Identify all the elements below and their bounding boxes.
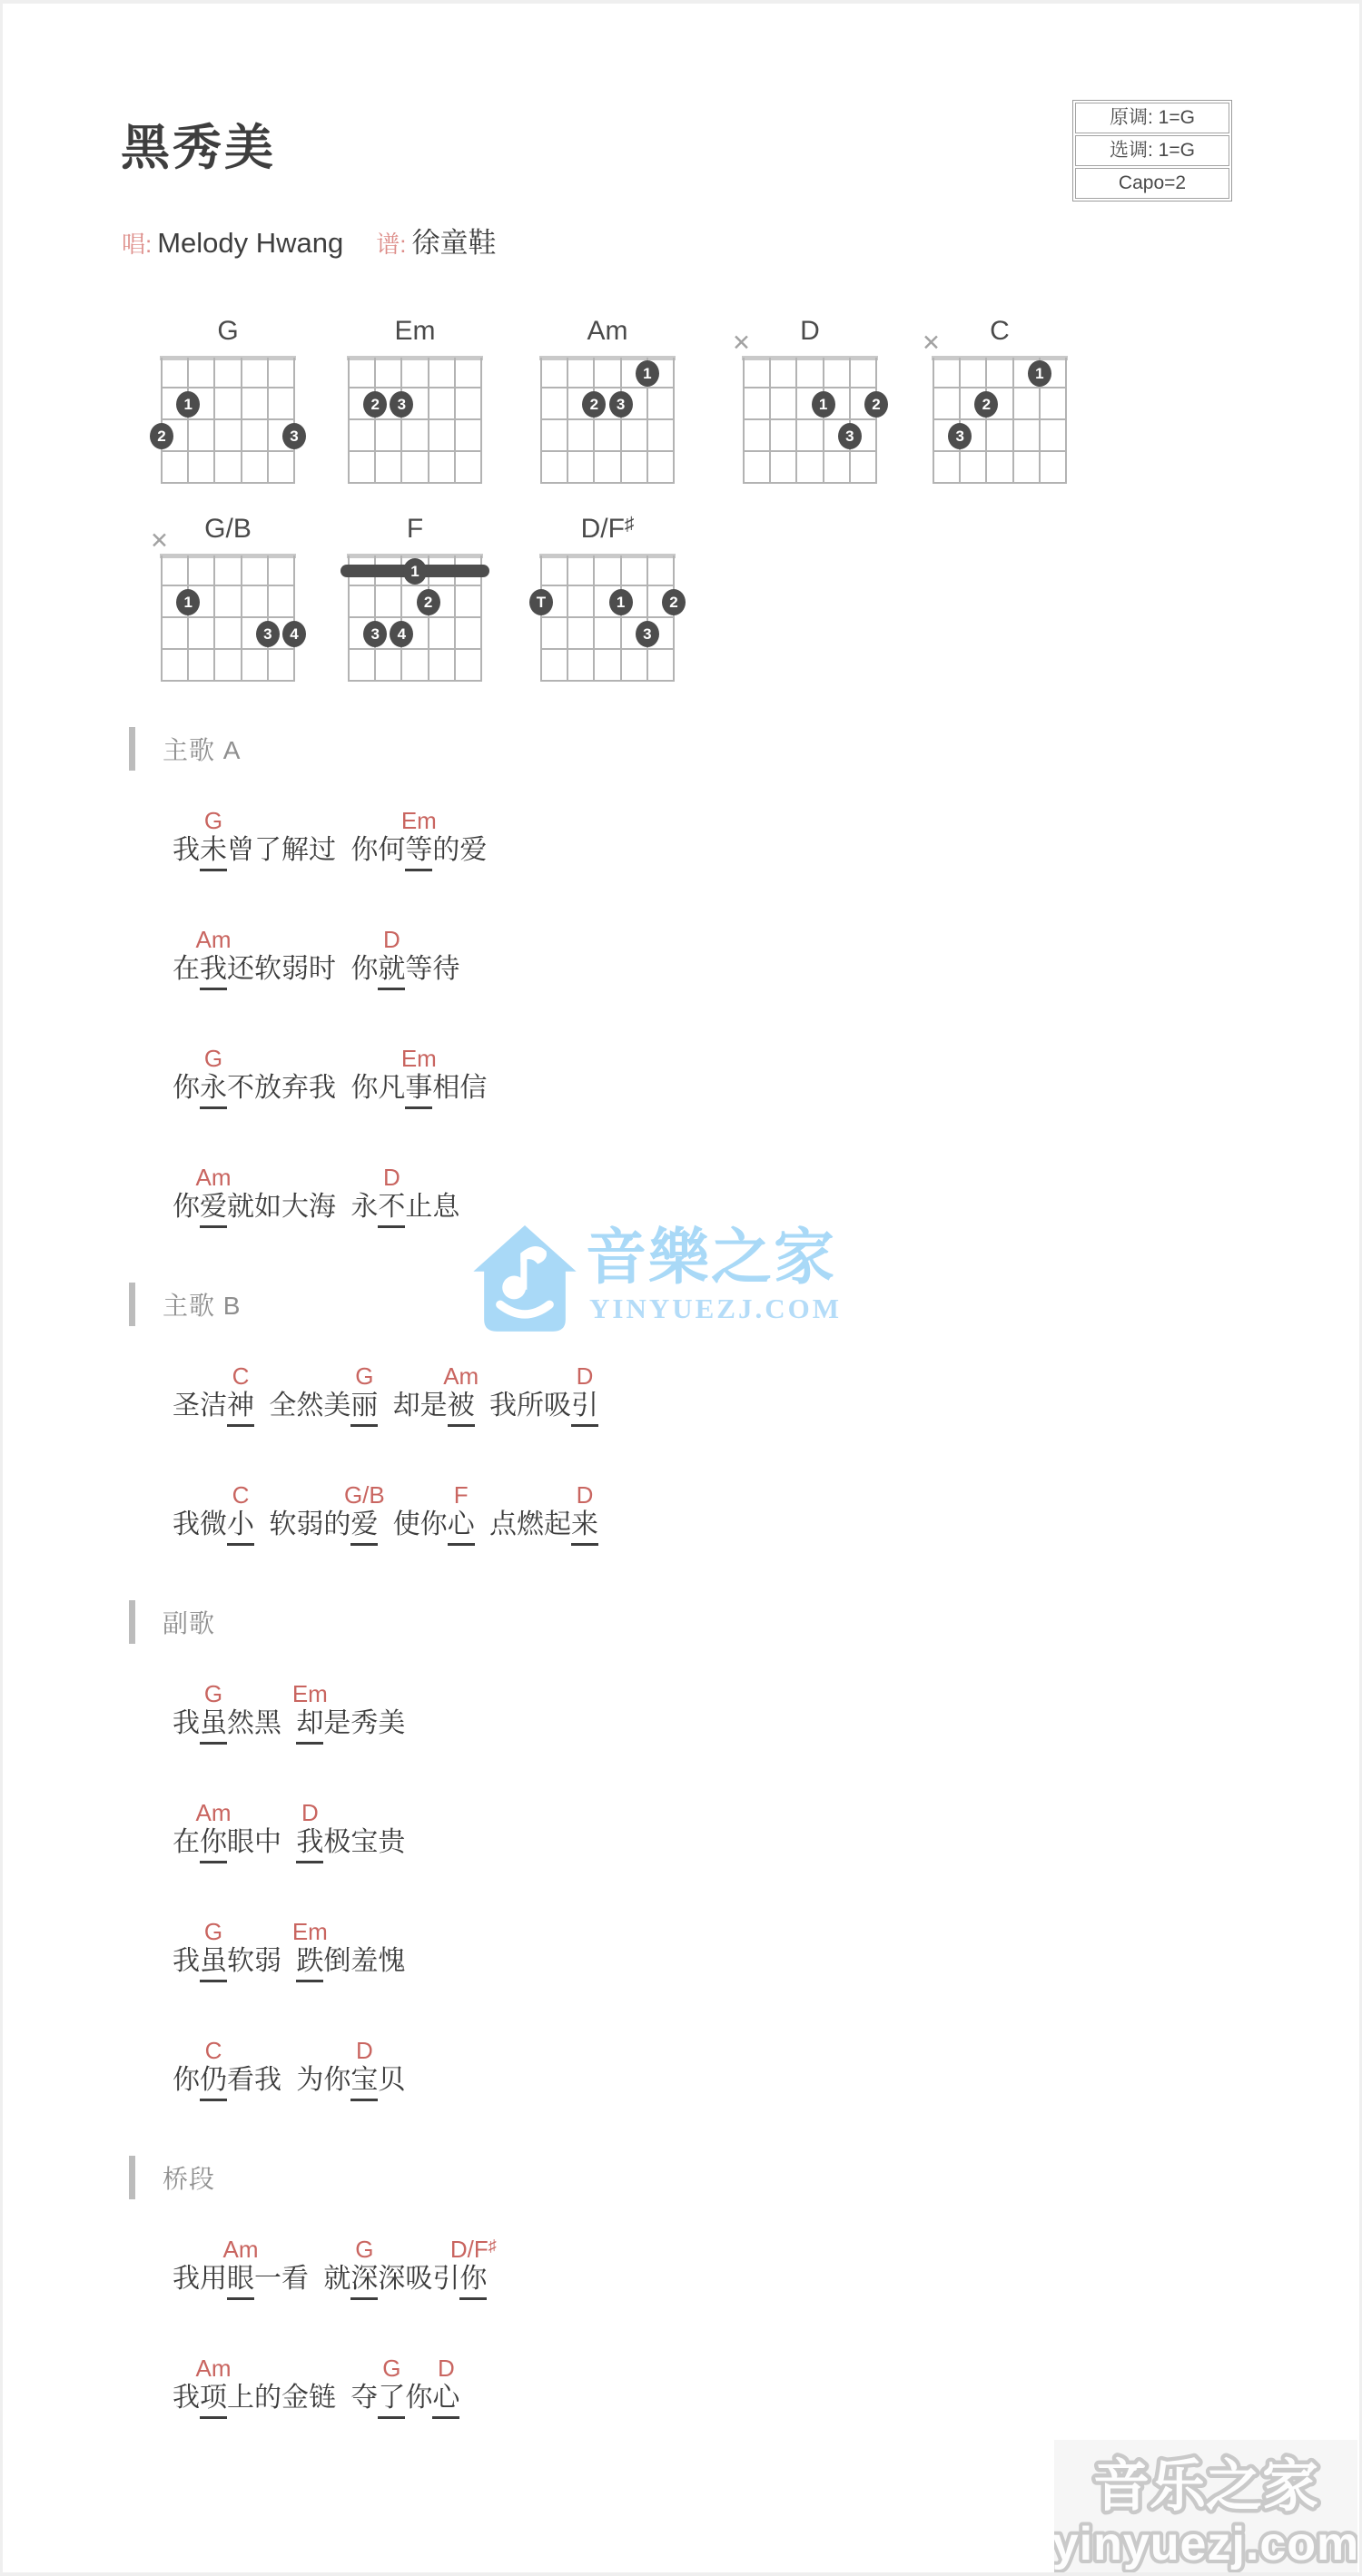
- finger-dot: 1: [176, 391, 200, 418]
- lyric-plain-text: 在: [173, 954, 200, 984]
- watermark-corner-domain: yinyuezj.com: [1054, 2518, 1357, 2571]
- string-line: [348, 358, 350, 484]
- chord-grid: 123: [161, 356, 295, 484]
- string-line: [673, 556, 675, 682]
- lyric-anchored-char: 眼Am: [227, 2263, 254, 2300]
- watermark-center-domain: YINYUEZJ.COM: [589, 1293, 842, 1325]
- mute-x-icon: ✕: [150, 530, 169, 553]
- lyric-anchored-char: 你D/F♯: [459, 2263, 487, 2300]
- lyric-chord-label: C: [232, 1483, 250, 1507]
- fret-line: [161, 387, 295, 388]
- section-heading: 主歌 A: [129, 727, 1273, 771]
- finger-dot: 3: [636, 621, 659, 647]
- chord-diagram-f: F1234: [348, 514, 482, 692]
- fret-line: [540, 616, 675, 618]
- finger-dot: 1: [176, 589, 200, 615]
- song-title: 黑秀美: [121, 109, 276, 179]
- lyric-line: 我项Am上的金链 夺了G你心D: [173, 2355, 1273, 2419]
- chord-name-label: F: [348, 514, 482, 545]
- lyric-plain-text: 等待: [405, 954, 459, 984]
- page-background: { "header": { "title": "黑秀美", "singer_la…: [0, 0, 1362, 2576]
- string-line: [646, 556, 648, 682]
- section-heading-label: 主歌 B: [163, 1286, 241, 1322]
- watermark-corner-graphic: 音乐之家 yinyuezj.com: [1054, 2440, 1357, 2572]
- lyric-line: 我虽G软弱 跌Em倒羞愧: [173, 1918, 1273, 1982]
- section-1: 主歌 A我未G曾了解过 你何等Em的爱在我Am还软弱时 你就D等待你永G不放弃我…: [129, 727, 1273, 1228]
- string-line: [540, 358, 542, 484]
- finger-dot: 2: [363, 391, 387, 418]
- lyric-plain-text: 我: [173, 835, 200, 865]
- key-info-row: 原调: 1=G: [1075, 103, 1229, 133]
- chord-diagram-c: C✕123: [933, 316, 1067, 494]
- chord-grid: 123: [540, 356, 675, 484]
- fret-line: [348, 616, 482, 618]
- credit-line: 唱:Melody Hwang谱:徐童鞋: [122, 220, 497, 261]
- lyric-line: 我虽G然黑 却Em是秀美: [173, 1680, 1273, 1745]
- lyric-plain-text: 不放弃我 你凡: [227, 1073, 405, 1103]
- string-line: [823, 358, 824, 484]
- string-line: [769, 358, 771, 484]
- lyric-chord-label: Am: [223, 2237, 259, 2261]
- lyric-line: 你仍C看我 为你宝D贝: [173, 2037, 1273, 2101]
- fret-line: [540, 585, 675, 586]
- string-line: [241, 556, 242, 682]
- string-line: [620, 556, 622, 682]
- fret-line: [348, 648, 482, 650]
- nut-line: [932, 356, 1068, 360]
- string-line: [567, 556, 568, 682]
- string-line: [567, 358, 568, 484]
- chord-diagram-row-2: G/B✕134F1234D/F♯T123: [161, 514, 675, 692]
- string-line: [933, 358, 934, 484]
- lyric-text: 我用眼Am一看 就深G深吸引你D/F♯: [173, 2263, 1273, 2300]
- lyric-chord-label: G: [204, 809, 222, 832]
- chord-diagram-df: D/F♯T123: [540, 514, 675, 692]
- lyric-plain-text: 眼中: [227, 1827, 296, 1857]
- lyric-plain-text: 相信: [432, 1073, 487, 1103]
- lyric-plain-text: 在: [173, 1827, 200, 1857]
- fret-line: [743, 450, 877, 452]
- lyric-chord-label: C: [205, 2039, 222, 2062]
- chord-grid: 1234: [348, 554, 482, 682]
- lyric-plain-text: 你: [405, 2383, 432, 2413]
- string-line: [593, 358, 595, 484]
- string-line: [400, 358, 402, 484]
- string-line: [849, 358, 851, 484]
- section-bar: [129, 2156, 135, 2199]
- lyric-plain-text: 你: [173, 1192, 200, 1222]
- nut-line: [347, 356, 483, 360]
- lyric-text: 你永G不放弃我 你凡事Em相信: [173, 1072, 1273, 1109]
- finger-dot: 3: [838, 423, 862, 449]
- nut-line: [160, 554, 296, 558]
- barre-finger-dot: 1: [403, 558, 427, 585]
- lyric-anchored-char: 你Am: [200, 1826, 227, 1863]
- lyric-plain-text: 一看 就: [254, 2264, 350, 2294]
- chord-diagram-gb: G/B✕134: [161, 514, 295, 692]
- string-line: [241, 358, 242, 484]
- lyric-chord-label: G: [355, 2237, 373, 2261]
- lyric-line: 你爱Am就如大海 永不D止息: [173, 1164, 1273, 1228]
- finger-dot: 2: [974, 391, 998, 418]
- lyric-anchored-char: 爱Am: [200, 1191, 227, 1228]
- lyric-anchored-char: 被Am: [448, 1390, 475, 1427]
- lyric-chord-label: G: [204, 1047, 222, 1070]
- lyric-chord-label: Em: [401, 1047, 437, 1070]
- lyric-plain-text: 然黑: [227, 1708, 296, 1738]
- lyric-chord-label: F: [454, 1483, 469, 1507]
- lyric-anchored-char: 跌Em: [296, 1945, 323, 1982]
- string-line: [620, 358, 622, 484]
- lyric-plain-text: 软弱: [227, 1946, 296, 1976]
- section-bar: [129, 727, 135, 771]
- lyric-chord-label: Am: [196, 1801, 232, 1824]
- finger-dot: 3: [363, 621, 387, 647]
- section-heading-label: 主歌 A: [163, 731, 241, 767]
- section-bar: [129, 1283, 135, 1326]
- lyric-chord-label: G: [204, 1920, 222, 1943]
- chord-name-label: Em: [348, 316, 482, 347]
- key-info-box: 原调: 1=G选调: 1=GCapo=2: [1072, 100, 1232, 202]
- fret-line: [161, 482, 295, 484]
- string-line: [480, 358, 482, 484]
- string-line: [959, 358, 961, 484]
- string-line: [293, 556, 295, 682]
- string-line: [743, 358, 745, 484]
- lyric-anchored-char: 未G: [200, 834, 227, 871]
- section-3: 副歌我虽G然黑 却Em是秀美在你Am眼中 我D极宝贵我虽G软弱 跌Em倒羞愧你仍…: [129, 1600, 1273, 2101]
- section-heading-label: 桥段: [163, 2159, 215, 2196]
- lyric-chord-label: Em: [292, 1682, 328, 1706]
- lyric-anchored-char: 却Em: [296, 1707, 323, 1745]
- finger-dot: 3: [282, 423, 306, 449]
- lyric-chord-label: Em: [401, 809, 437, 832]
- lyric-plain-text: 深吸引: [378, 2264, 459, 2294]
- mute-x-icon: ✕: [922, 332, 941, 355]
- mute-x-icon: ✕: [732, 332, 751, 355]
- lyric-anchored-char: 宝D: [350, 2064, 378, 2101]
- lyric-anchored-char: 我Am: [200, 953, 227, 990]
- lyric-line: 在你Am眼中 我D极宝贵: [173, 1799, 1273, 1863]
- lyric-chord-label: D: [577, 1364, 594, 1388]
- fret-line: [540, 680, 675, 682]
- string-line: [428, 358, 429, 484]
- string-line: [454, 358, 456, 484]
- fret-line: [933, 450, 1067, 452]
- string-line: [540, 556, 542, 682]
- string-line: [267, 556, 269, 682]
- chord-diagram-em: Em23: [348, 316, 482, 494]
- lyric-plain-text: 极宝贵: [323, 1827, 405, 1857]
- fret-line: [933, 387, 1067, 388]
- lyric-anchored-char: 心F: [448, 1509, 475, 1546]
- finger-dot: 3: [390, 391, 413, 418]
- lyric-chord-label: D: [301, 1801, 319, 1824]
- lyric-plain-text: 曾了解过 你何: [227, 835, 405, 865]
- lyric-anchored-char: 来D: [571, 1509, 598, 1546]
- fret-line: [933, 482, 1067, 484]
- chord-name-label: G/B: [161, 514, 295, 545]
- lyric-plain-text: 贝: [378, 2065, 405, 2095]
- lyric-plain-text: 却是: [378, 1391, 447, 1421]
- sharp-sign: ♯: [489, 2237, 497, 2255]
- lyric-chord-label: Am: [196, 1165, 232, 1189]
- lyric-chord-label: D: [577, 1483, 594, 1507]
- lyric-text: 我项Am上的金链 夺了G你心D: [173, 2382, 1273, 2419]
- lyric-line: 在我Am还软弱时 你就D等待: [173, 926, 1273, 990]
- lyric-plain-text: 使你: [378, 1509, 447, 1539]
- lyric-chord-label: G/B: [344, 1483, 385, 1507]
- lyric-anchored-char: 事Em: [405, 1072, 432, 1109]
- nut-line: [160, 356, 296, 360]
- string-line: [213, 556, 215, 682]
- lyric-chord-label: G: [355, 1364, 373, 1388]
- lyric-anchored-char: 了G: [378, 2382, 405, 2419]
- lyric-plain-text: 我所吸: [475, 1391, 571, 1421]
- fret-line: [348, 585, 482, 586]
- string-line: [374, 358, 376, 484]
- lyric-text: 我未G曾了解过 你何等Em的爱: [173, 834, 1273, 871]
- section-4: 桥段我用眼Am一看 就深G深吸引你D/F♯我项Am上的金链 夺了G你心D: [129, 2156, 1273, 2419]
- fret-line: [161, 585, 295, 586]
- fret-line: [540, 648, 675, 650]
- lyric-chord-label: Am: [196, 2356, 232, 2380]
- lyric-chord-label: D: [356, 2039, 373, 2062]
- string-line: [187, 556, 189, 682]
- lyric-plain-text: 我: [173, 1946, 200, 1976]
- sheet-page: 黑秀美 原调: 1=G选调: 1=GCapo=2 唱:Melody Hwang谱…: [3, 4, 1359, 2572]
- fret-line: [161, 616, 295, 618]
- fret-line: [348, 418, 482, 420]
- chord-diagram-g: G123: [161, 316, 295, 494]
- finger-dot: 4: [390, 621, 413, 647]
- lyric-plain-text: 是秀美: [323, 1708, 405, 1738]
- chord-grid: T123: [540, 554, 675, 682]
- lyric-plain-text: 点燃起: [475, 1509, 571, 1539]
- string-line: [593, 556, 595, 682]
- fret-line: [743, 482, 877, 484]
- chord-grid: 23: [348, 356, 482, 484]
- finger-dot: 1: [812, 391, 835, 418]
- string-line: [673, 358, 675, 484]
- fret-line: [348, 387, 482, 388]
- fret-line: [348, 482, 482, 484]
- section-heading: 副歌: [129, 1600, 1273, 1644]
- string-line: [985, 358, 987, 484]
- string-line: [1065, 358, 1067, 484]
- lyric-anchored-char: 项Am: [200, 2382, 227, 2419]
- lyric-text: 我虽G然黑 却Em是秀美: [173, 1707, 1273, 1745]
- lyric-chord-label: Am: [196, 928, 232, 951]
- finger-dot: 1: [636, 360, 659, 387]
- lyric-anchored-char: 神C: [227, 1390, 254, 1427]
- fret-line: [348, 450, 482, 452]
- lyric-text: 在你Am眼中 我D极宝贵: [173, 1826, 1273, 1863]
- fret-line: [348, 680, 482, 682]
- lyrics-area: 主歌 A我未G曾了解过 你何等Em的爱在我Am还软弱时 你就D等待你永G不放弃我…: [129, 727, 1273, 2473]
- lyric-plain-text: 我: [173, 1708, 200, 1738]
- finger-dot: 3: [256, 621, 280, 647]
- nut-line: [742, 356, 878, 360]
- lyric-chord-label: D: [438, 2356, 455, 2380]
- fret-line: [161, 648, 295, 650]
- key-info-row: 选调: 1=G: [1075, 135, 1229, 166]
- lyric-line: 你永G不放弃我 你凡事Em相信: [173, 1045, 1273, 1109]
- string-line: [1012, 358, 1014, 484]
- chord-name-label: D/F♯: [540, 514, 675, 545]
- string-line: [161, 556, 163, 682]
- lyric-anchored-char: 爱G/B: [350, 1509, 378, 1546]
- finger-dot: 2: [417, 589, 440, 615]
- fret-line: [161, 450, 295, 452]
- singer-label: 唱:: [122, 231, 152, 258]
- fret-line: [540, 482, 675, 484]
- lyric-anchored-char: 小C: [227, 1509, 254, 1546]
- lyric-line: 我微小C 软弱的爱G/B 使你心F 点燃起来D: [173, 1481, 1273, 1546]
- lyric-chord-label: D: [383, 928, 400, 951]
- lyric-anchored-char: 我D: [296, 1826, 323, 1863]
- watermark-center: 音樂之家 YINYUEZJ.COM: [471, 1222, 889, 1342]
- finger-dot: T: [529, 589, 553, 615]
- chord-grid: ✕123: [743, 356, 877, 484]
- finger-dot: 2: [582, 391, 606, 418]
- lyric-plain-text: 我: [173, 2383, 200, 2413]
- lyric-text: 你仍C看我 为你宝D贝: [173, 2064, 1273, 2101]
- nut-line: [539, 554, 676, 558]
- lyric-anchored-char: 虽G: [200, 1707, 227, 1745]
- lyric-plain-text: 看我 为你: [227, 2065, 350, 2095]
- chord-grid: ✕123: [933, 356, 1067, 484]
- lyric-plain-text: 就如大海 永: [227, 1192, 378, 1222]
- watermark-center-text: 音樂之家: [586, 1225, 842, 1291]
- lyric-chord-label: Em: [292, 1920, 328, 1943]
- lyric-anchored-char: 永G: [200, 1072, 227, 1109]
- fret-line: [743, 418, 877, 420]
- music-house-logo-icon: [471, 1222, 578, 1336]
- section-bar: [129, 1600, 135, 1644]
- string-line: [875, 358, 877, 484]
- finger-dot: 2: [150, 423, 173, 449]
- fret-line: [540, 418, 675, 420]
- arranger-label: 谱:: [376, 231, 406, 258]
- finger-dot: 1: [1028, 360, 1051, 387]
- fret-line: [743, 387, 877, 388]
- chord-diagram-d: D✕123: [743, 316, 877, 494]
- arranger-name: 徐童鞋: [412, 227, 497, 259]
- key-info-row: Capo=2: [1075, 168, 1229, 199]
- lyric-chord-label: G: [382, 2356, 400, 2380]
- fret-line: [161, 418, 295, 420]
- lyric-plain-text: 止息: [405, 1192, 459, 1222]
- string-line: [267, 358, 269, 484]
- string-line: [795, 358, 797, 484]
- watermark-corner: 音乐之家 yinyuezj.com: [1054, 2440, 1357, 2572]
- singer-name: Melody Hwang: [157, 227, 343, 259]
- lyric-anchored-char: 引D: [571, 1390, 598, 1427]
- chord-name-label: Am: [540, 316, 675, 347]
- fret-line: [540, 387, 675, 388]
- lyric-plain-text: 还软弱时 你: [227, 954, 378, 984]
- lyric-anchored-char: 就D: [378, 953, 405, 990]
- lyric-chord-label: C: [232, 1364, 250, 1388]
- finger-dot: 1: [609, 589, 633, 615]
- finger-dot: 2: [662, 589, 686, 615]
- finger-dot: 4: [282, 621, 306, 647]
- chord-diagram-am: Am123: [540, 316, 675, 494]
- string-line: [161, 358, 163, 484]
- section-heading-label: 副歌: [163, 1604, 215, 1640]
- lyric-plain-text: 我微: [173, 1509, 227, 1539]
- lyric-plain-text: 全然美: [254, 1391, 350, 1421]
- string-line: [213, 358, 215, 484]
- lyric-text: 我虽G软弱 跌Em倒羞愧: [173, 1945, 1273, 1982]
- lyric-plain-text: 倒羞愧: [323, 1946, 405, 1976]
- lyric-anchored-char: 不D: [378, 1191, 405, 1228]
- chord-name-label: C: [933, 316, 1067, 347]
- watermark-center-texts: 音樂之家 YINYUEZJ.COM: [586, 1222, 842, 1342]
- lyric-anchored-char: 虽G: [200, 1945, 227, 1982]
- fret-line: [933, 418, 1067, 420]
- nut-line: [539, 356, 676, 360]
- lyric-text: 圣洁神C 全然美丽G 却是被Am 我所吸引D: [173, 1390, 1273, 1427]
- lyric-plain-text: 你: [173, 1073, 200, 1103]
- lyric-anchored-char: 深G: [350, 2263, 378, 2300]
- lyric-chord-label: D: [383, 1165, 400, 1189]
- fret-line: [161, 680, 295, 682]
- section-heading: 桥段: [129, 2156, 1273, 2199]
- lyric-anchored-char: 仍C: [200, 2064, 227, 2101]
- sharp-sign: ♯: [625, 514, 635, 535]
- lyric-chord-label: D/F♯: [450, 2234, 497, 2261]
- lyric-plain-text: 你: [173, 2065, 200, 2095]
- lyric-anchored-char: 丽G: [350, 1390, 378, 1427]
- chord-name-label: D: [743, 316, 877, 347]
- lyric-line: 圣洁神C 全然美丽G 却是被Am 我所吸引D: [173, 1362, 1273, 1427]
- fret-line: [540, 450, 675, 452]
- string-line: [293, 358, 295, 484]
- lyric-line: 我用眼Am一看 就深G深吸引你D/F♯: [173, 2236, 1273, 2300]
- lyric-plain-text: 软弱的: [254, 1509, 350, 1539]
- lyric-plain-text: 我用: [173, 2264, 227, 2294]
- lyric-anchored-char: 等Em: [405, 834, 432, 871]
- lyric-text: 在我Am还软弱时 你就D等待: [173, 953, 1273, 990]
- chord-diagram-row-1: G123Em23Am123D✕123C✕123: [161, 316, 1067, 494]
- lyric-line: 我未G曾了解过 你何等Em的爱: [173, 807, 1273, 871]
- lyric-anchored-char: 心D: [432, 2382, 459, 2419]
- lyric-plain-text: 上的金链 夺: [227, 2383, 378, 2413]
- finger-dot: 3: [948, 423, 972, 449]
- lyric-chord-label: Am: [443, 1364, 479, 1388]
- chord-name-label: G: [161, 316, 295, 347]
- finger-dot: 2: [864, 391, 888, 418]
- watermark-corner-text: 音乐之家: [1093, 2455, 1318, 2518]
- lyric-plain-text: 圣洁: [173, 1391, 227, 1421]
- chord-grid: ✕134: [161, 554, 295, 682]
- finger-dot: 3: [609, 391, 633, 418]
- lyric-plain-text: 的爱: [432, 835, 487, 865]
- lyric-text: 我微小C 软弱的爱G/B 使你心F 点燃起来D: [173, 1509, 1273, 1546]
- string-line: [187, 358, 189, 484]
- lyric-chord-label: G: [204, 1682, 222, 1706]
